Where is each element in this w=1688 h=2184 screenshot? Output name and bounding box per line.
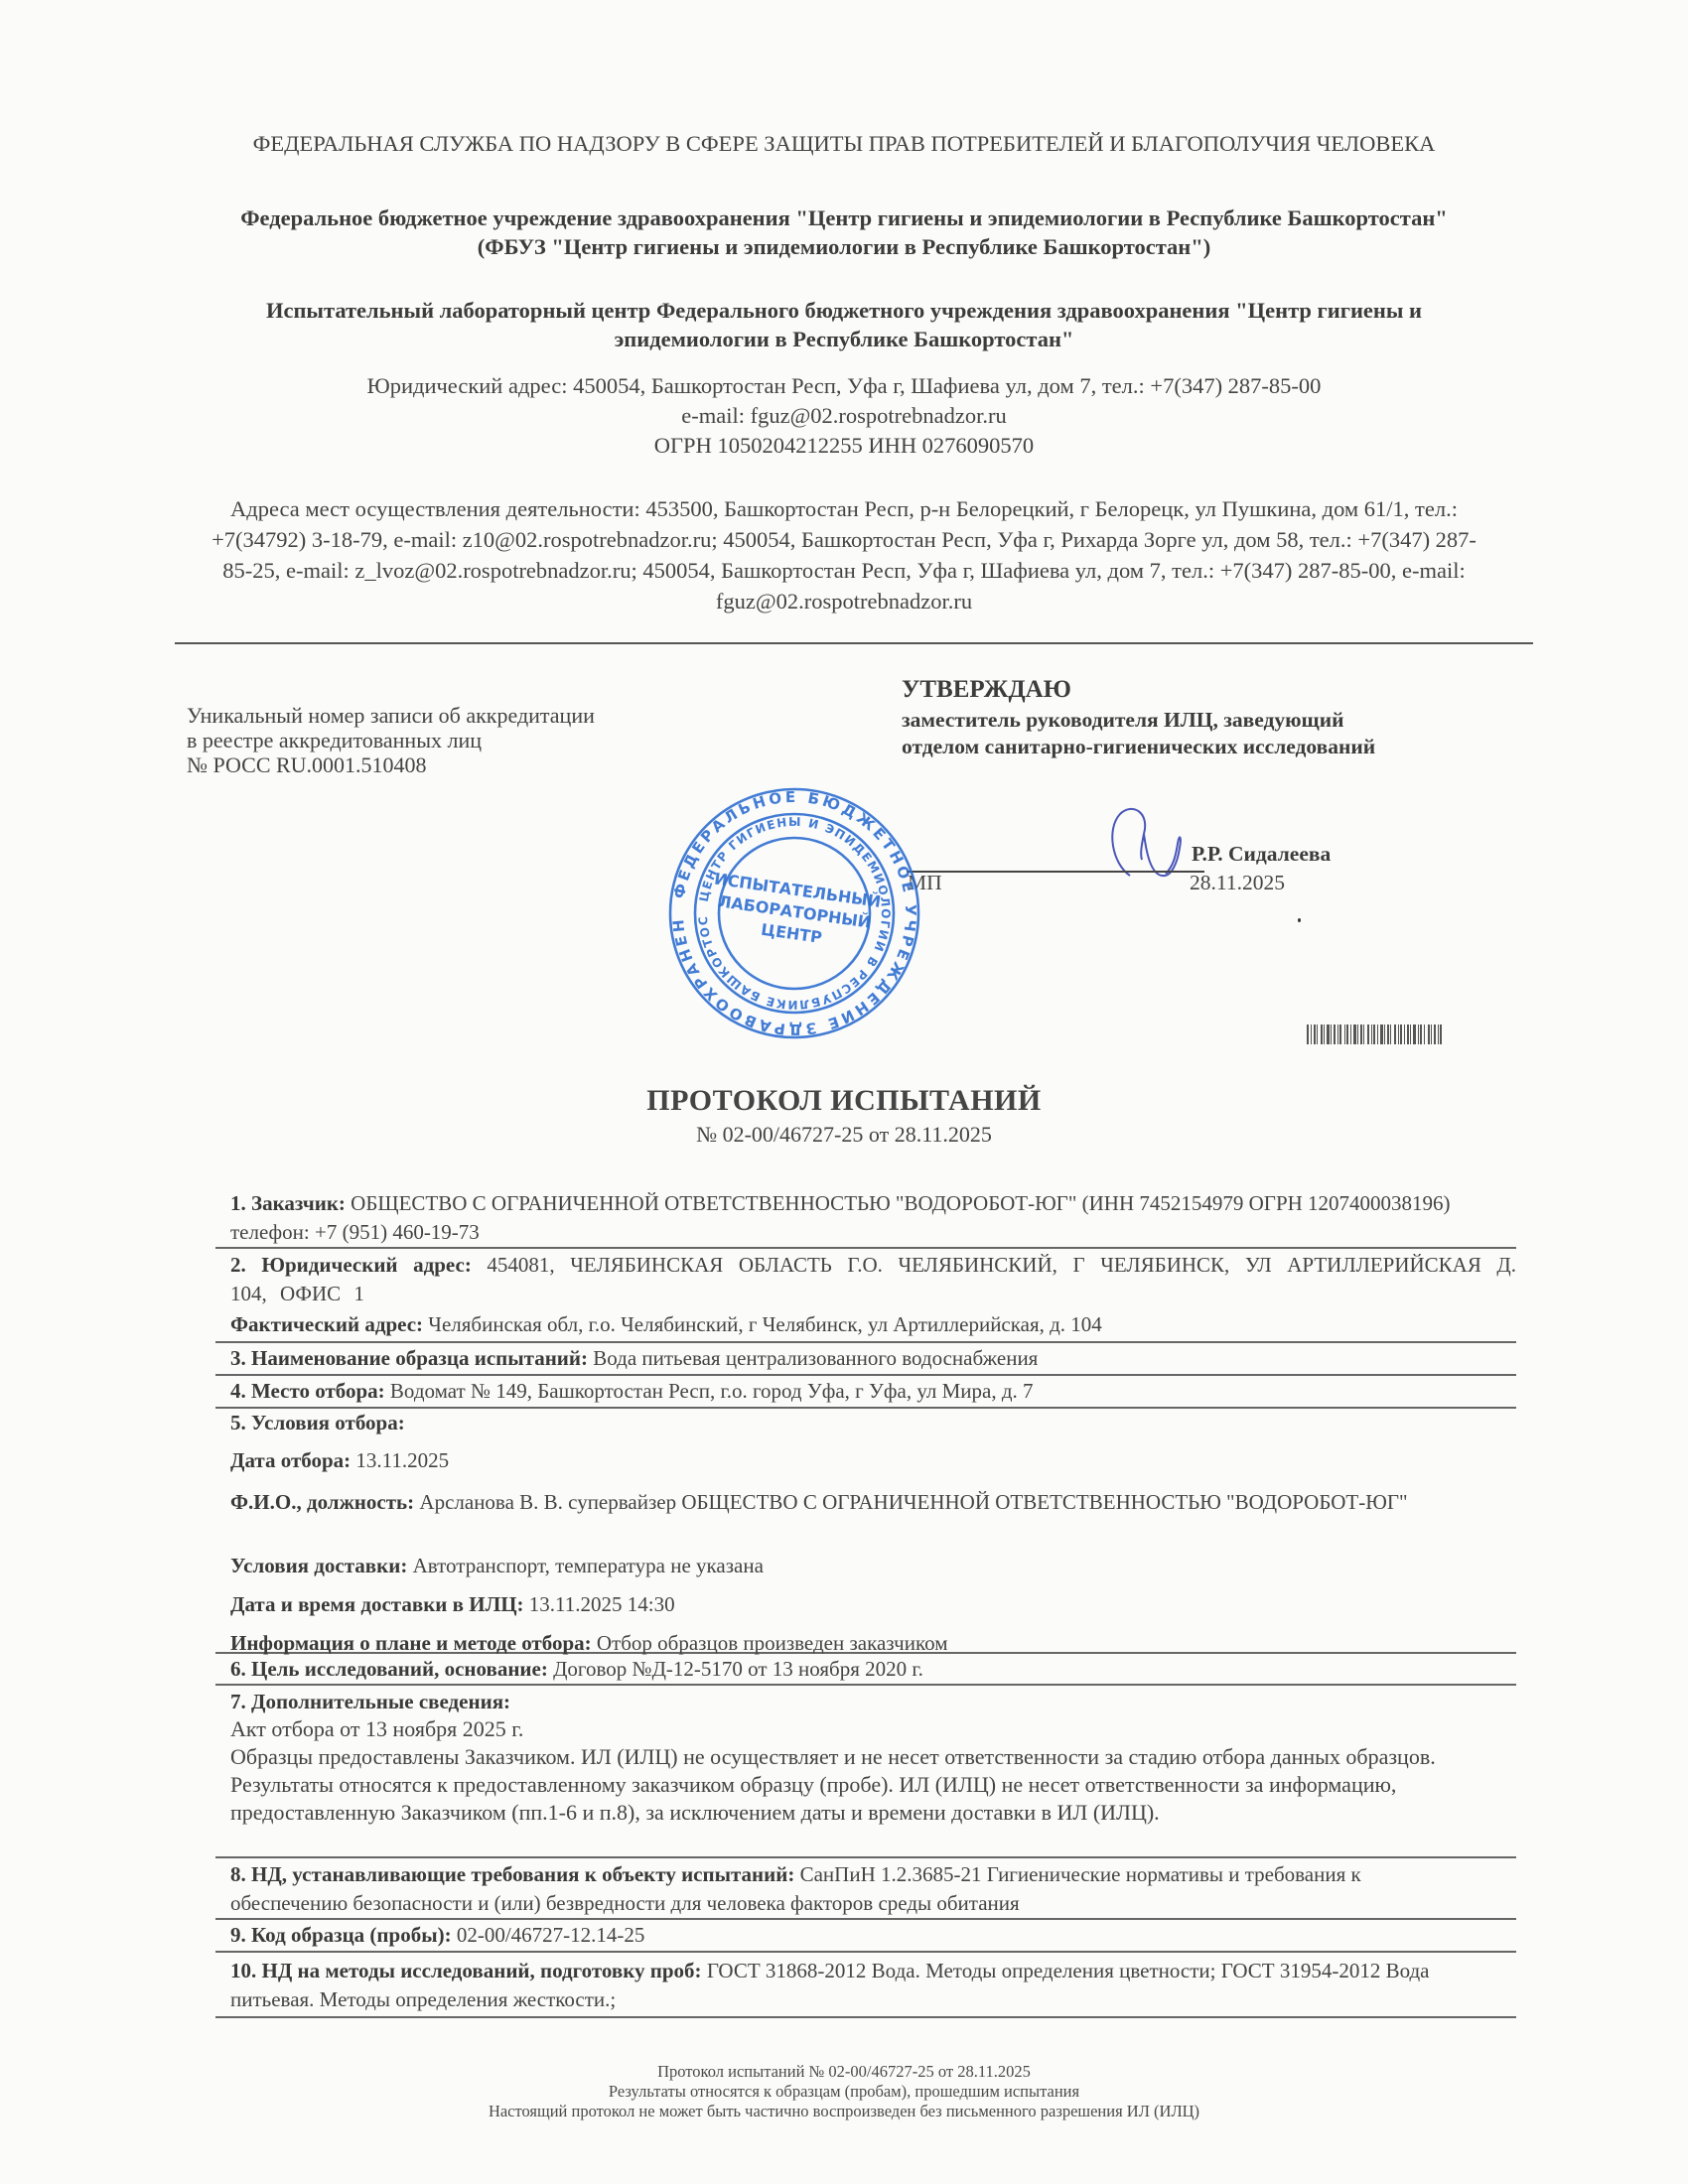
field-sampling-conditions: 5. Условия отбора: Дата отбора: 13.11.20… xyxy=(215,1409,1516,1654)
protocol-number: № 02-00/46727-25 от 28.11.2025 xyxy=(496,1122,1192,1148)
page-footer: Протокол испытаний № 02-00/46727-25 от 2… xyxy=(298,2062,1390,2121)
field-label: 6. Цель исследований, основание: xyxy=(230,1657,548,1681)
protocol-title: ПРОТОКОЛ ИСПЫТАНИЙ xyxy=(496,1084,1192,1118)
footer-protocol-ref: Протокол испытаний № 02-00/46727-25 от 2… xyxy=(298,2062,1390,2082)
activity-addresses: Адреса мест осуществления деятельности: … xyxy=(199,493,1489,616)
approval-role-2: отделом санитарно-гигиенических исследов… xyxy=(902,734,1375,760)
field-value: Отбор образцов произведен заказчиком xyxy=(597,1631,948,1655)
field-customer: 1. Заказчик: ОБЩЕСТВО С ОГРАНИЧЕННОЙ ОТВ… xyxy=(215,1189,1516,1249)
field-additional: 7. Дополнительные сведения: Акт отбора о… xyxy=(215,1686,1516,1858)
field-sampling-date: Дата отбора: 13.11.2025 xyxy=(230,1440,1516,1480)
institution-name: Федеральное бюджетное учреждение здравоо… xyxy=(199,204,1489,232)
field-label: 5. Условия отбора: xyxy=(230,1411,405,1434)
legal-address: Юридический адрес: 450054, Башкортостан … xyxy=(199,371,1489,401)
ogrn-inn: ОГРН 1050204212255 ИНН 0276090570 xyxy=(199,431,1489,461)
approval-block: УТВЕРЖДАЮ заместитель руководителя ИЛЦ, … xyxy=(902,673,1375,760)
accreditation-line-2: в реестре аккредитованных лиц xyxy=(187,728,595,752)
field-label: 1. Заказчик: xyxy=(230,1191,346,1215)
field-value: Водомат № 149, Башкортостан Респ, г.о. г… xyxy=(390,1379,1034,1403)
field-delivery-conditions: Условия доставки: Автотранспорт, темпера… xyxy=(230,1546,1516,1585)
protocol-fields: 1. Заказчик: ОБЩЕСТВО С ОГРАНИЧЕННОЙ ОТВ… xyxy=(215,1189,1516,2018)
field-label: Ф.И.О., должность: xyxy=(230,1490,414,1514)
header-divider xyxy=(175,642,1533,644)
additional-text: Образцы предоставлены Заказчиком. ИЛ (ИЛ… xyxy=(230,1743,1516,1827)
field-value: ОБЩЕСТВО С ОГРАНИЧЕННОЙ ОТВЕТСТВЕННОСТЬЮ… xyxy=(230,1191,1451,1244)
field-person: Ф.И.О., должность: Арсланова В. В. супер… xyxy=(230,1480,1516,1546)
footer-results-note: Результаты относятся к образцам (пробам)… xyxy=(298,2082,1390,2102)
field-label: 2. Юридический адрес: xyxy=(230,1253,472,1277)
lab-center-name: Испытательный лабораторный центр Федерал… xyxy=(199,296,1489,353)
field-label: Информация о плане и методе отбора: xyxy=(230,1631,592,1655)
field-value: 02-00/46727-12.14-25 xyxy=(457,1923,645,1947)
email: e-mail: fguz@02.rospotrebnadzor.ru xyxy=(199,401,1489,431)
field-value: 13.11.2025 xyxy=(355,1448,449,1472)
approval-title: УТВЕРЖДАЮ xyxy=(902,673,1375,707)
field-value: Вода питьевая централизованного водоснаб… xyxy=(593,1346,1038,1370)
agency-name: ФЕДЕРАЛЬНАЯ СЛУЖБА ПО НАДЗОРУ В СФЕРЕ ЗА… xyxy=(199,129,1489,158)
field-norm-docs: 8. НД, устанавливающие требования к объе… xyxy=(215,1858,1516,1920)
field-label: Условия доставки: xyxy=(230,1554,407,1577)
field-value: Челябинская обл, г.о. Челябинский, г Чел… xyxy=(428,1312,1102,1336)
legal-address-block: Юридический адрес: 450054, Башкортостан … xyxy=(199,371,1489,461)
accreditation-block: Уникальный номер записи об аккредитации … xyxy=(187,703,595,777)
signature-line xyxy=(907,871,1204,873)
field-label: Дата и время доставки в ИЛЦ: xyxy=(230,1592,524,1616)
approval-role-1: заместитель руководителя ИЛЦ, заведующий xyxy=(902,707,1375,734)
field-label: Дата отбора: xyxy=(230,1448,351,1472)
field-delivery-datetime: Дата и время доставки в ИЛЦ: 13.11.2025 … xyxy=(230,1585,1516,1623)
field-actual-address: Фактический адрес: Челябинская обл, г.о.… xyxy=(215,1308,1516,1343)
field-value: Автотранспорт, температура не указана xyxy=(413,1554,764,1577)
institution-short-name: (ФБУЗ "Центр гигиены и эпидемиологии в Р… xyxy=(199,232,1489,261)
field-label: 10. НД на методы исследований, подготовк… xyxy=(230,1959,702,1982)
field-label: 4. Место отбора: xyxy=(230,1379,385,1403)
ink-dot xyxy=(1298,918,1301,922)
field-value: Договор №Д-12-5170 от 13 ноября 2020 г. xyxy=(553,1657,923,1681)
approval-date: 28.11.2025 xyxy=(1190,871,1285,895)
field-label: 3. Наименование образца испытаний: xyxy=(230,1346,588,1370)
field-purpose: 6. Цель исследований, основание: Договор… xyxy=(215,1654,1516,1686)
accreditation-number: № РОСС RU.0001.510408 xyxy=(187,752,595,777)
institution-block: Федеральное бюджетное учреждение здравоо… xyxy=(199,204,1489,261)
field-label: 9. Код образца (пробы): xyxy=(230,1923,452,1947)
field-methods: 10. НД на методы исследований, подготовк… xyxy=(215,1953,1516,2018)
accreditation-line-1: Уникальный номер записи об аккредитации xyxy=(187,703,595,728)
footer-copy-restriction: Настоящий протокол не может быть частичн… xyxy=(298,2102,1390,2121)
field-value: Арсланова В. В. супервайзер ОБЩЕСТВО С О… xyxy=(419,1490,1407,1514)
additional-act: Акт отбора от 13 ноября 2025 г. xyxy=(230,1715,1516,1743)
field-sample-name: 3. Наименование образца испытаний: Вода … xyxy=(215,1343,1516,1376)
field-value: 13.11.2025 14:30 xyxy=(529,1592,675,1616)
seal-stamp-icon: ФЕДЕРАЛЬНОЕ БЮДЖЕТНОЕ УЧРЕЖДЕНИЕ ЗДРАВОО… xyxy=(665,784,923,1042)
barcode xyxy=(1307,1024,1485,1044)
field-label: Фактический адрес: xyxy=(230,1312,423,1336)
field-label: 7. Дополнительные сведения: xyxy=(230,1690,510,1713)
signatory-name: Р.Р. Сидалеева xyxy=(1192,842,1331,867)
field-label: 8. НД, устанавливающие требования к объе… xyxy=(230,1862,794,1886)
field-legal-address: 2. Юридический адрес: 454081, ЧЕЛЯБИНСКА… xyxy=(215,1249,1516,1308)
field-sample-code: 9. Код образца (пробы): 02-00/46727-12.1… xyxy=(215,1920,1516,1953)
field-sampling-place: 4. Место отбора: Водомат № 149, Башкорто… xyxy=(215,1376,1516,1409)
